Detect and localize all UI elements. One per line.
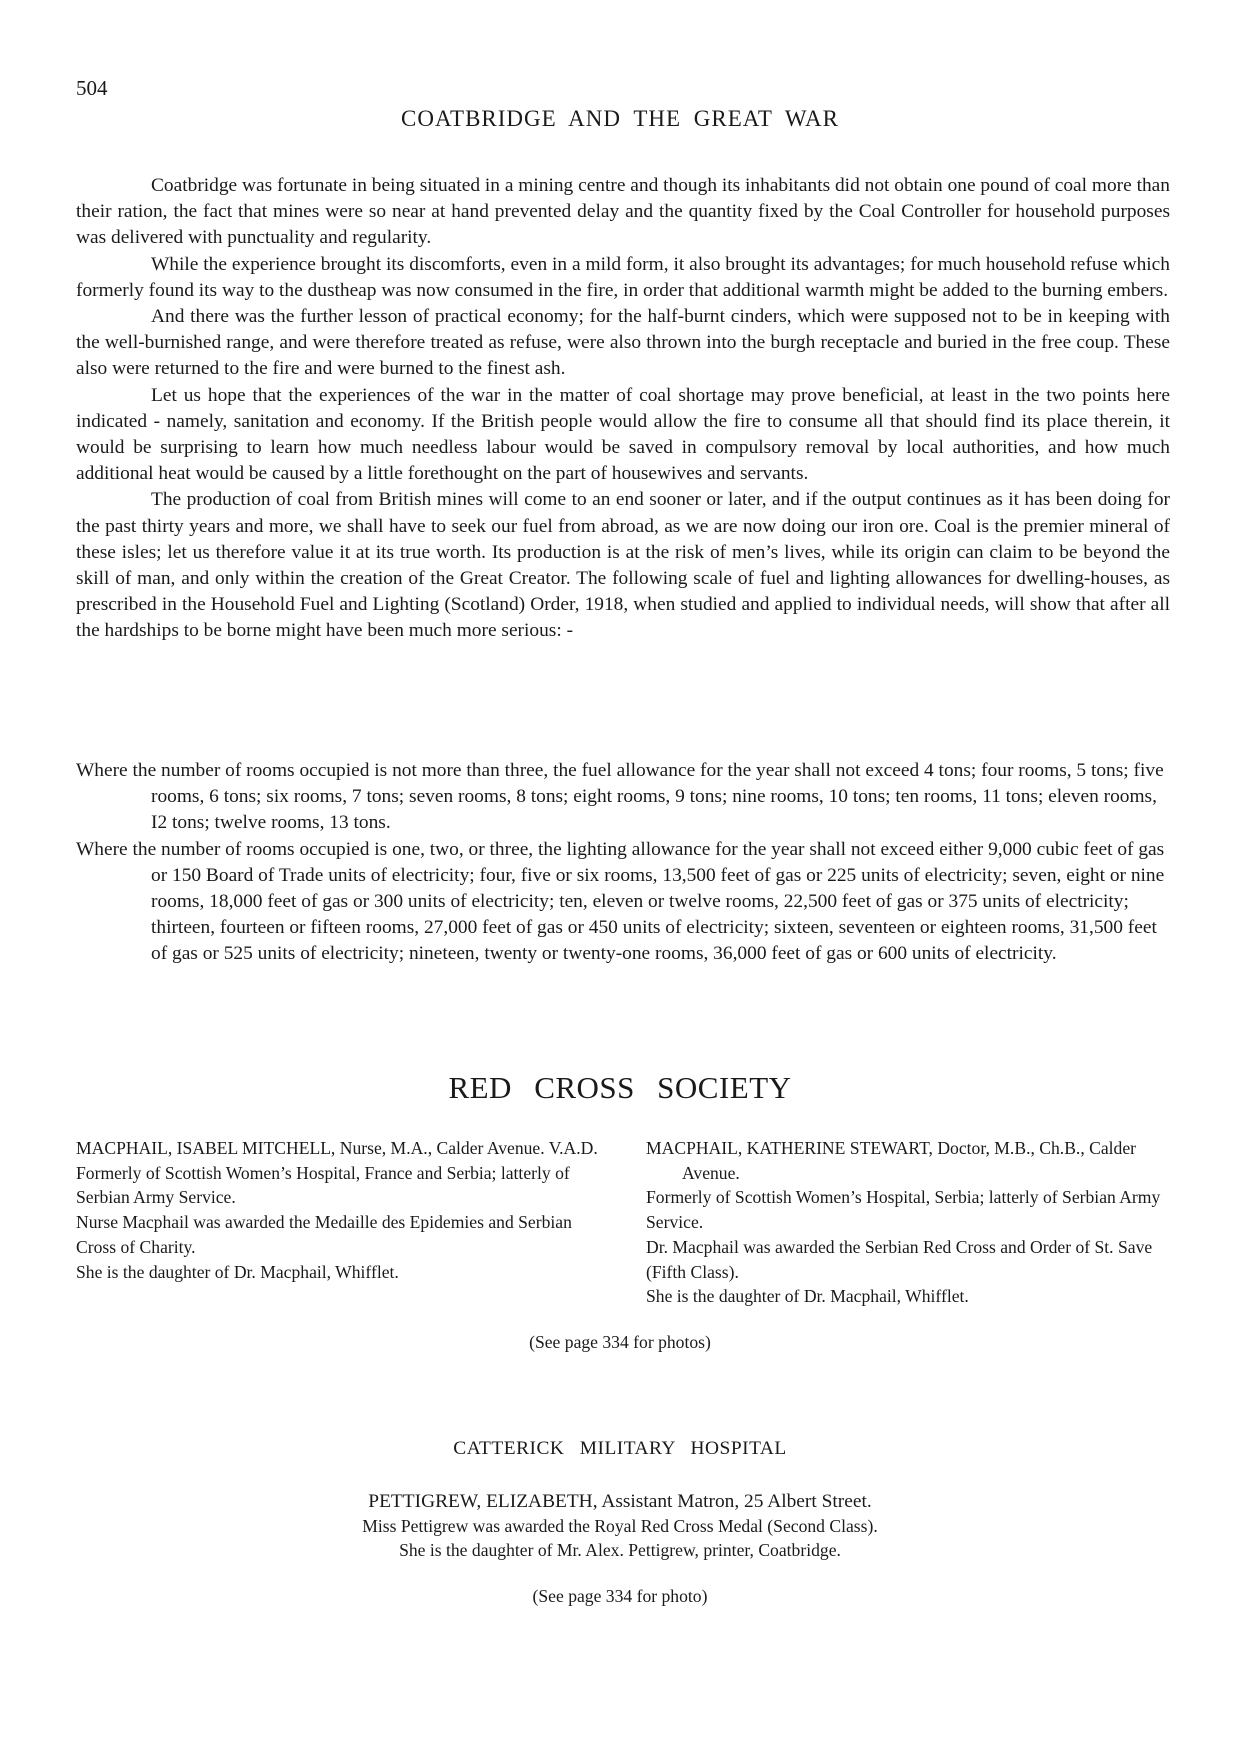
fuel-allowance: Where the number of rooms occupied is no…	[76, 758, 1170, 837]
photo-reference-note: (See page 334 for photo)	[0, 1586, 1240, 1607]
entry-name: MACPHAIL, KATHERINE STEWART, Doctor, M.B…	[646, 1136, 1176, 1185]
entry-elizabeth-pettigrew: PETTIGREW, ELIZABETH, Assistant Matron, …	[0, 1490, 1240, 1562]
paragraph: Coatbridge was fortunate in being situat…	[76, 173, 1170, 252]
lighting-allowance: Where the number of rooms occupied is on…	[76, 837, 1170, 968]
entry-award: Nurse Macphail was awarded the Medaille …	[76, 1210, 616, 1259]
body-text: Coatbridge was fortunate in being situat…	[76, 173, 1170, 645]
entry-name: PETTIGREW, ELIZABETH, Assistant Matron, …	[0, 1490, 1240, 1514]
entry-katherine-macphail: MACPHAIL, KATHERINE STEWART, Doctor, M.B…	[646, 1136, 1176, 1309]
paragraph: And there was the further lesson of prac…	[76, 304, 1170, 383]
entry-award: Miss Pettigrew was awarded the Royal Red…	[0, 1514, 1240, 1538]
page-number: 504	[76, 76, 108, 101]
entry-parent: She is the daughter of Dr. Macphail, Whi…	[646, 1284, 1176, 1309]
photo-reference-note: (See page 334 for photos)	[0, 1332, 1240, 1353]
paragraph: The production of coal from British mine…	[76, 487, 1170, 644]
section-title-red-cross: RED CROSS SOCIETY	[0, 1070, 1240, 1106]
section-title-catterick: CATTERICK MILITARY HOSPITAL	[0, 1438, 1240, 1460]
entry-isabel-macphail: MACPHAIL, ISABEL MITCHELL, Nurse, M.A., …	[76, 1136, 616, 1284]
entry-service: Formerly of Scottish Women’s Hospital, F…	[76, 1161, 616, 1210]
entry-name: MACPHAIL, ISABEL MITCHELL, Nurse, M.A., …	[76, 1136, 616, 1161]
paragraph: While the experience brought its discomf…	[76, 252, 1170, 304]
allowance-schedule: Where the number of rooms occupied is no…	[76, 758, 1170, 968]
entry-service: Formerly of Scottish Women’s Hospital, S…	[646, 1185, 1176, 1234]
entry-award: Dr. Macphail was awarded the Serbian Red…	[646, 1235, 1176, 1284]
running-title: COATBRIDGE AND THE GREAT WAR	[0, 106, 1240, 132]
entry-parent: She is the daughter of Mr. Alex. Pettigr…	[0, 1538, 1240, 1562]
entry-parent: She is the daughter of Dr. Macphail, Whi…	[76, 1260, 616, 1285]
paragraph: Let us hope that the experiences of the …	[76, 383, 1170, 488]
